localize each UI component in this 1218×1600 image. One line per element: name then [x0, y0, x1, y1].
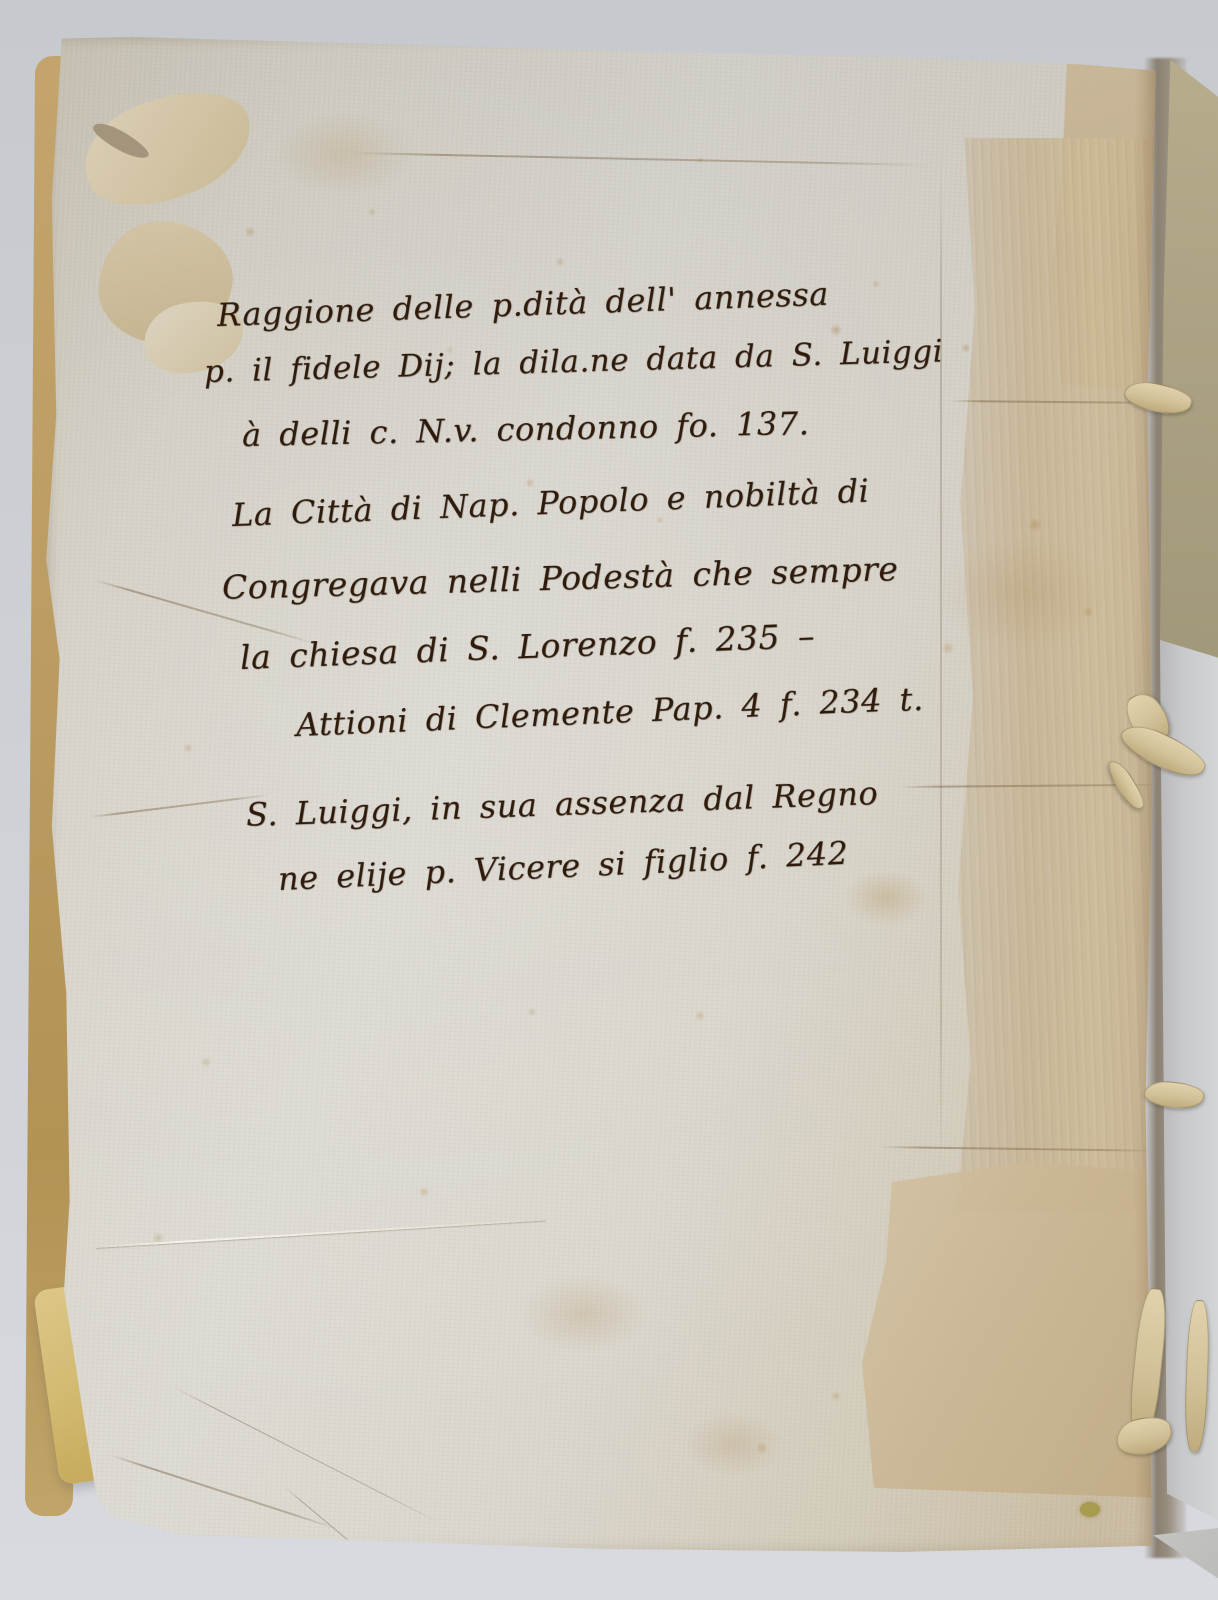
vellum-cover-edge: [1160, 60, 1218, 670]
manuscript-page: Raggione delle p.dità dell' annessa p. i…: [44, 34, 1160, 1558]
manuscript-photo: Raggione delle p.dità dell' annessa p. i…: [0, 0, 1218, 1600]
